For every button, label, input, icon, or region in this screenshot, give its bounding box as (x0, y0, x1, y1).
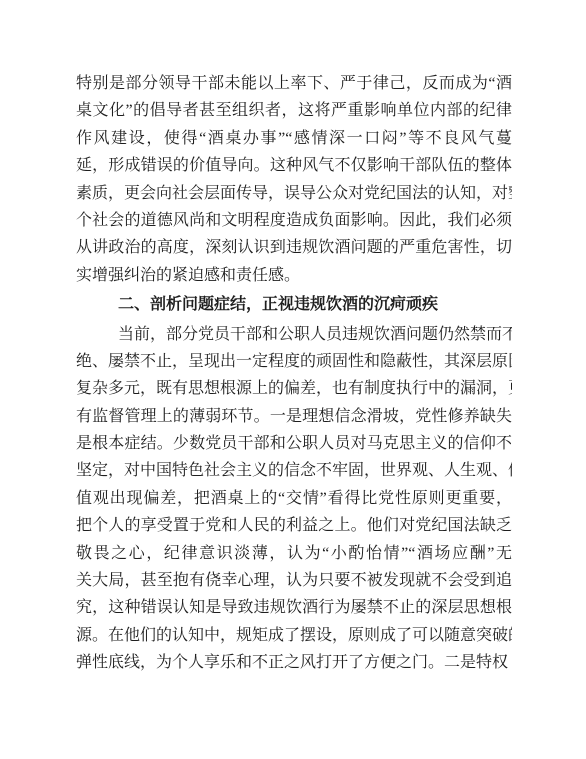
paragraph-line: 把个人的享受置于党和人民的利益之上。他们对党纪国法缺乏 (76, 512, 512, 539)
paragraph-line: 作风建设，使得“酒桌办事”“感情深一口闷”等不良风气蔓 (76, 125, 512, 152)
paragraph-line: 究，这种错误认知是导致违规饮酒行为屡禁不止的深层思想根 (76, 594, 512, 621)
paragraph-line: 复杂多元，既有思想根源上的偏差，也有制度执行中的漏洞，更 (76, 375, 512, 402)
paragraph-line: 源。在他们的认知中，规矩成了摆设，原则成了可以随意突破的 (76, 622, 512, 649)
paragraph-line: 从讲政治的高度，深刻认识到违规饮酒问题的严重危害性，切 (76, 234, 512, 261)
paragraph-line: 当前，部分党员干部和公职人员违规饮酒问题仍然禁而不 (76, 321, 512, 348)
paragraph-line: 有监督管理上的薄弱环节。一是理想信念滑坡，党性修养缺失 (76, 403, 512, 430)
paragraph-line: 个社会的道德风尚和文明程度造成负面影响。因此，我们必须 (76, 207, 512, 234)
paragraph-line: 是根本症结。少数党员干部和公职人员对马克思主义的信仰不 (76, 430, 512, 457)
paragraph-1: 特别是部分领导干部未能以上率下、严于律己，反而成为“酒 桌文化”的倡导者甚至组织… (76, 70, 512, 289)
paragraph-line: 弹性底线，为个人享乐和不正之风打开了方便之门。二是特权 (76, 649, 512, 676)
paragraph-line: 实增强纠治的紧迫感和责任感。 (76, 262, 512, 289)
document-text-block: 特别是部分领导干部未能以上率下、严于律己，反而成为“酒 桌文化”的倡导者甚至组织… (76, 70, 512, 677)
paragraph-line: 敬畏之心，纪律意识淡薄，认为“小酌怡情”“酒场应酬”无 (76, 540, 512, 567)
paragraph-line: 特别是部分领导干部未能以上率下、严于律己，反而成为“酒 (76, 70, 512, 97)
paragraph-line: 值观出现偏差，把酒桌上的“交情”看得比党性原则更重要， (76, 485, 512, 512)
paragraph-line: 桌文化”的倡导者甚至组织者，这将严重影响单位内部的纪律 (76, 97, 512, 124)
paragraph-2: 当前，部分党员干部和公职人员违规饮酒问题仍然禁而不 绝、屡禁不止，呈现出一定程度… (76, 321, 512, 677)
document-page: 特别是部分领导干部未能以上率下、严于律己，反而成为“酒 桌文化”的倡导者甚至组织… (0, 0, 586, 759)
section-heading: 二、剖析问题症结，正视违规饮酒的沉疴顽疾 (76, 291, 512, 318)
paragraph-line: 素质，更会向社会层面传导，误导公众对党纪国法的认知，对整 (76, 180, 512, 207)
paragraph-line: 延，形成错误的价值导向。这种风气不仅影响干部队伍的整体 (76, 152, 512, 179)
paragraph-line: 绝、屡禁不止，呈现出一定程度的顽固性和隐蔽性，其深层原因 (76, 348, 512, 375)
paragraph-line: 坚定，对中国特色社会主义的信念不牢固，世界观、人生观、价 (76, 457, 512, 484)
paragraph-line: 关大局，甚至抱有侥幸心理，认为只要不被发现就不会受到追 (76, 567, 512, 594)
